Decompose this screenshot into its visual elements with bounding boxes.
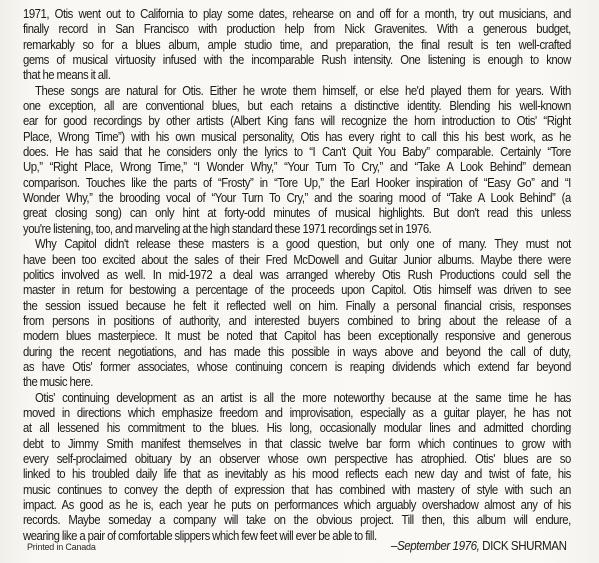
text-line: does. He has said that he considers only… — [23, 144, 571, 159]
text-line: gems of musical virtuosity infused with … — [23, 52, 571, 67]
text-line: Up,” “Right Place, Wrong Time,” “I Wonde… — [23, 159, 571, 174]
text-line: at all lessened his commitment to the bl… — [23, 420, 571, 435]
signature-date: –September 1976, — [391, 538, 479, 553]
text-line: impact. As good as he is, each year he p… — [23, 497, 571, 512]
text-line: have been too excited about the sales of… — [23, 252, 571, 267]
paragraph-2: These songs are natural for Otis. Either… — [23, 83, 571, 236]
paragraph-4: Otis' continuing development as an artis… — [23, 390, 571, 543]
text-line: from persons in positions of authority, … — [23, 313, 571, 328]
text-line: as have Otis' former associates, whose c… — [23, 359, 571, 374]
text-line: Otis' continuing development as an artis… — [23, 390, 571, 405]
text-line: records. Maybe someday a company will ta… — [23, 512, 571, 527]
text-line: you're listening, too, and marveling at … — [23, 221, 571, 236]
signature-author: DICK SHURMAN — [480, 538, 567, 553]
text-line: during the recent negotiations, and has … — [23, 344, 571, 359]
text-line: every self-proclaimed obituary by an obs… — [23, 451, 571, 466]
text-line: politics involved as well. In mid-1972 a… — [23, 267, 571, 282]
text-line: These songs are natural for Otis. Either… — [23, 83, 571, 98]
text-line: comparison. Touches like the parts of “F… — [23, 175, 571, 190]
text-line: modern blues masterpiece. It must be not… — [23, 328, 571, 343]
text-line: Place, Wrong Time”) with his own musical… — [23, 129, 571, 144]
text-line: great closing song) can only hint at for… — [23, 205, 571, 220]
text-line: music continues to convey the depth of e… — [23, 482, 571, 497]
text-line: the music here. — [23, 374, 571, 389]
text-line: finally record in San Francisco with pro… — [23, 21, 571, 36]
text-line: ear for good recordings by other artists… — [23, 113, 571, 128]
text-line: master in return for bestowing a percent… — [23, 282, 571, 297]
text-line: the session issued because he felt it re… — [23, 298, 571, 313]
text-line: one exception, all are conventional blue… — [23, 98, 571, 113]
text-line: linked to his troubled daily life that a… — [23, 466, 571, 481]
text-line: debt to Jimmy Smith manifest themselves … — [23, 436, 571, 451]
text-line: remarkably so for a blues album, ample s… — [23, 37, 571, 52]
text-line: that he means it all. — [23, 67, 571, 82]
printed-in-canada-note: Printed in Canada — [27, 542, 96, 552]
text-line: moved in directions which emphasize free… — [23, 405, 571, 420]
text-line: Why Capitol didn't release these masters… — [23, 236, 571, 251]
liner-notes-page: 1971, Otis went out to California to pla… — [0, 0, 599, 563]
text-line: 1971, Otis went out to California to pla… — [23, 6, 571, 21]
signature: –September 1976, DICK SHURMAN — [391, 538, 567, 553]
text-line: Wonder Why,” the brooding vocal of “Your… — [23, 190, 571, 205]
liner-notes-body: 1971, Otis went out to California to pla… — [23, 6, 571, 543]
paragraph-3: Why Capitol didn't release these masters… — [23, 236, 571, 389]
paragraph-1: 1971, Otis went out to California to pla… — [23, 6, 571, 83]
